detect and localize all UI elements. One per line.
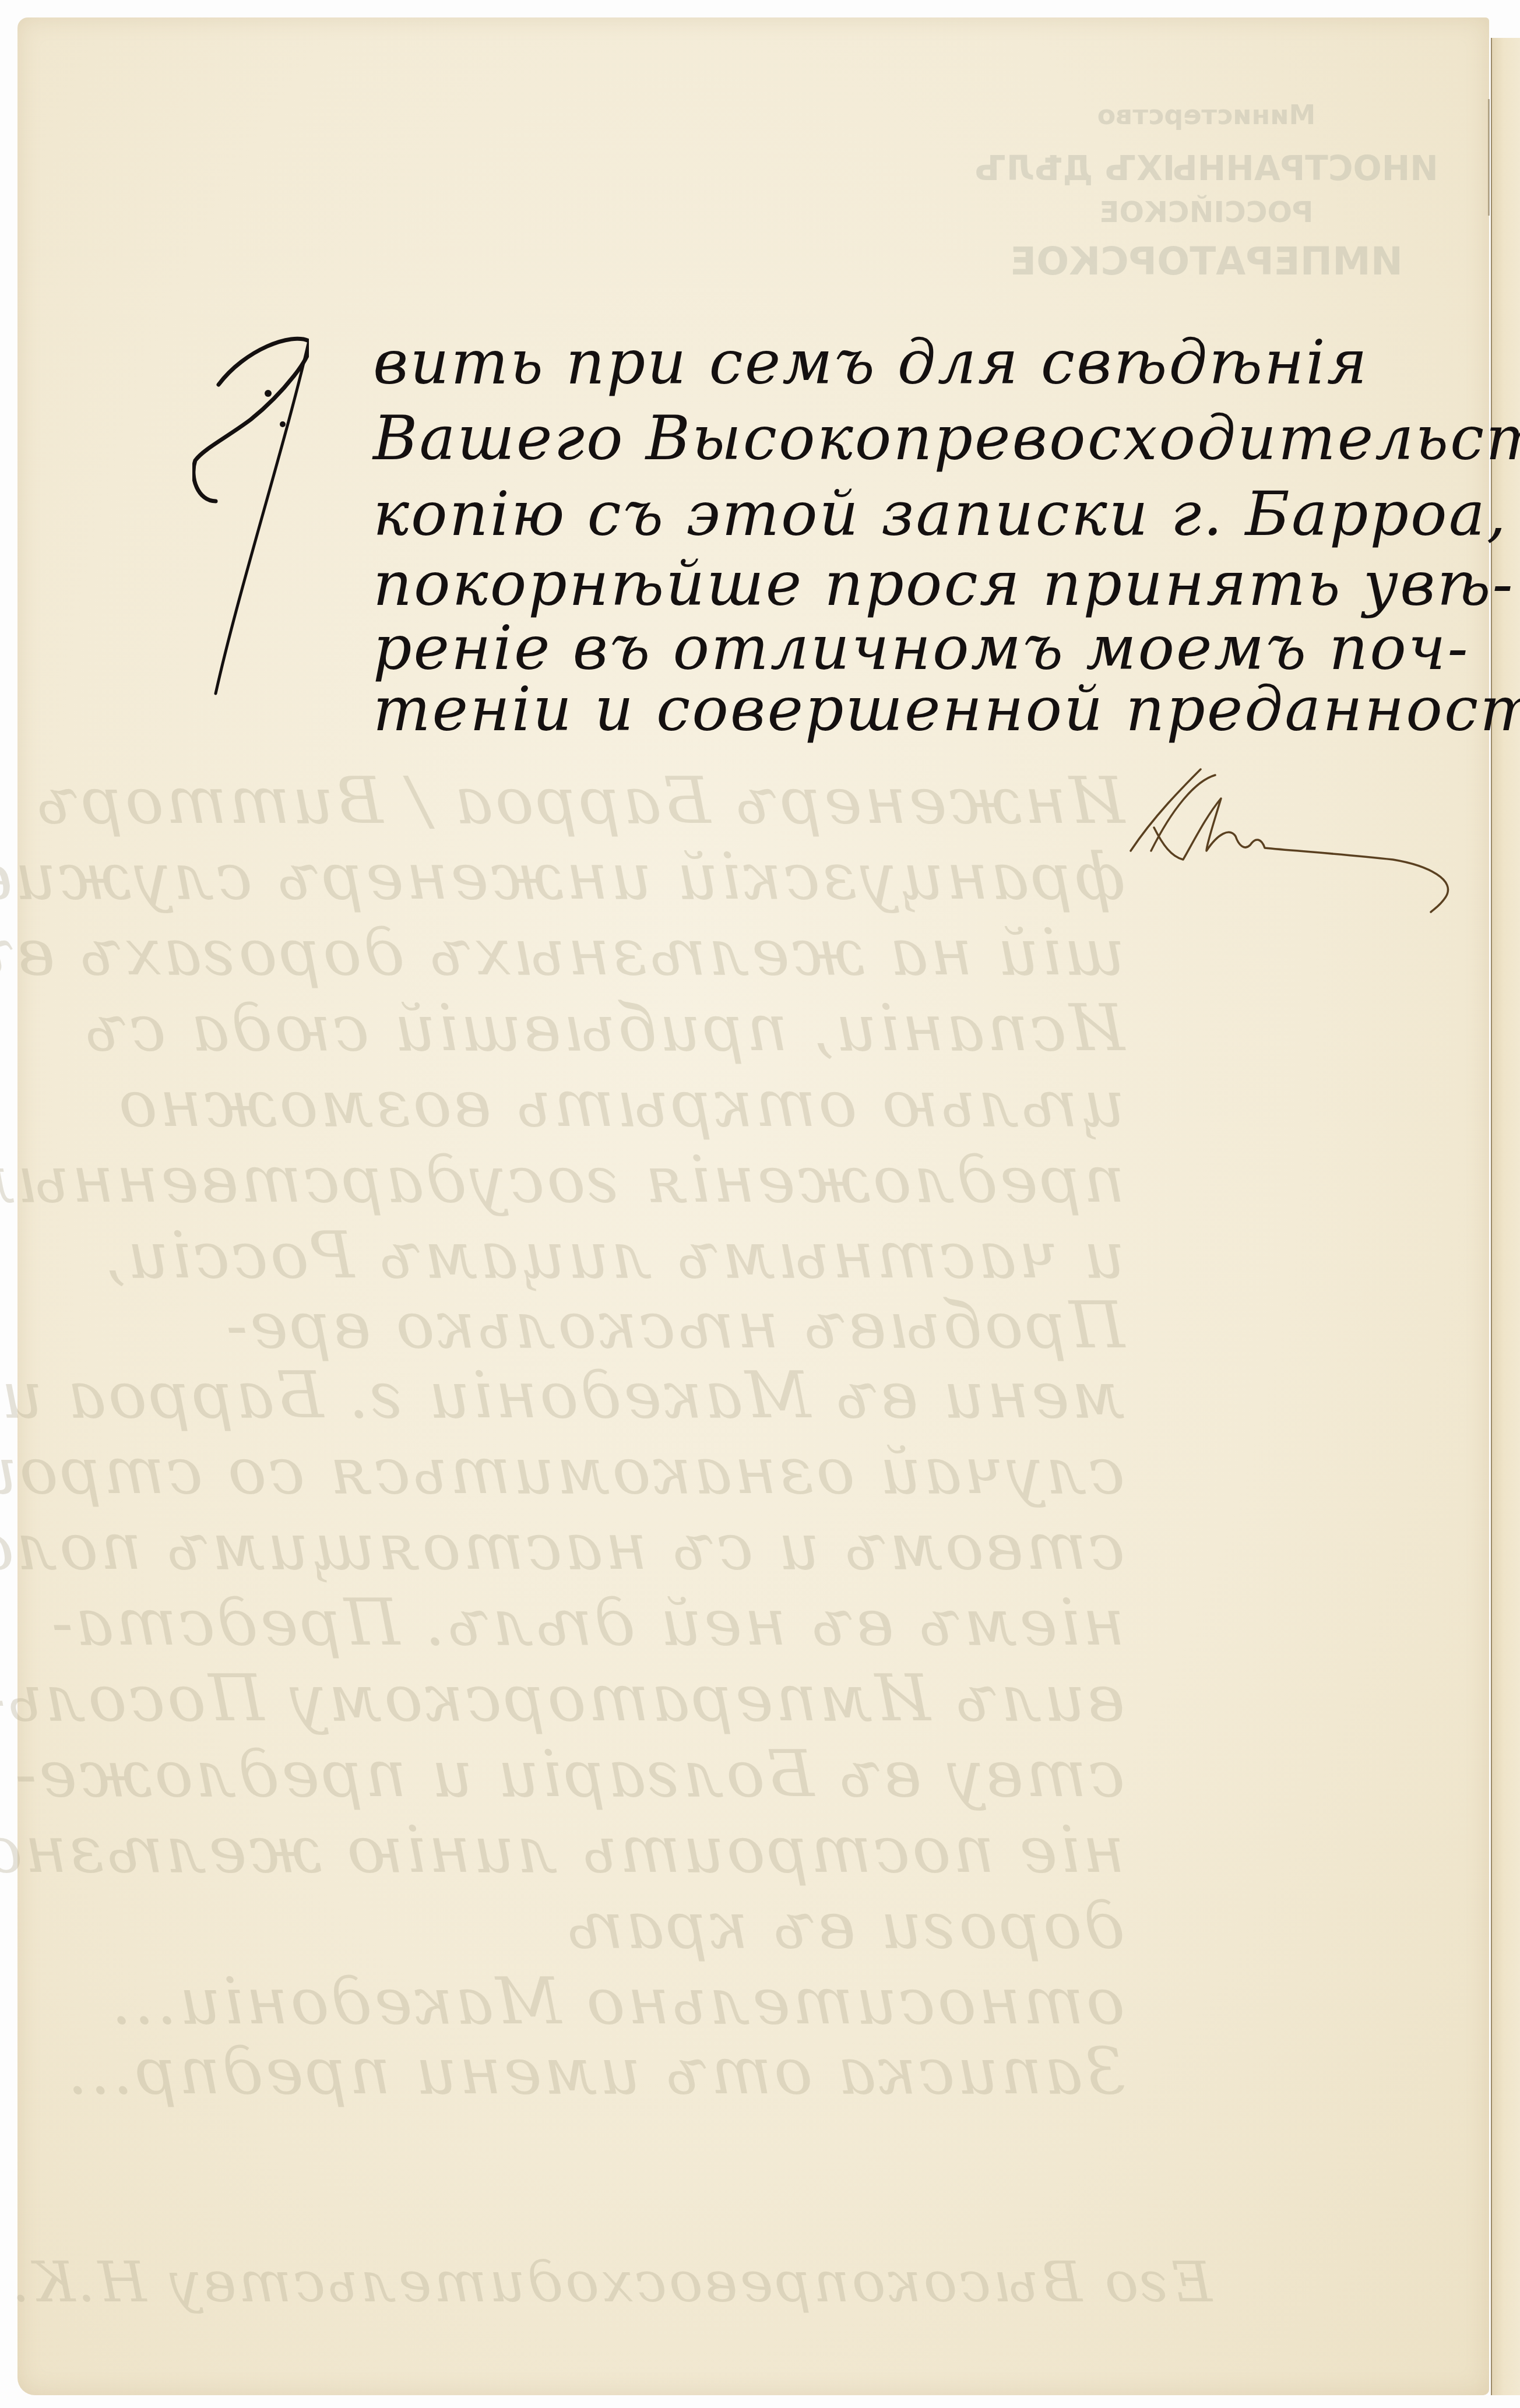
signature: Подпись (неразборчиво): [1119, 763, 1480, 915]
paper-tear: [1488, 99, 1490, 216]
letter-line-2: Вашего Высокопревосходительства,: [373, 408, 1520, 469]
folded-page-edge: [1491, 38, 1520, 2395]
letter-line-6: теніи и совершенной преданности.: [373, 679, 1520, 740]
letter-line-5: реніе въ отличномъ моемъ поч-: [373, 618, 1470, 678]
letter-line-1: вить при семъ для свѣдѣнія: [373, 332, 1369, 393]
letter-line-3: копію съ этой записки г. Барроа,: [373, 484, 1508, 544]
margin-initial-flourish-icon: [192, 326, 309, 699]
letter-line-4: покорнѣйше прося принять увѣ-: [373, 554, 1515, 614]
